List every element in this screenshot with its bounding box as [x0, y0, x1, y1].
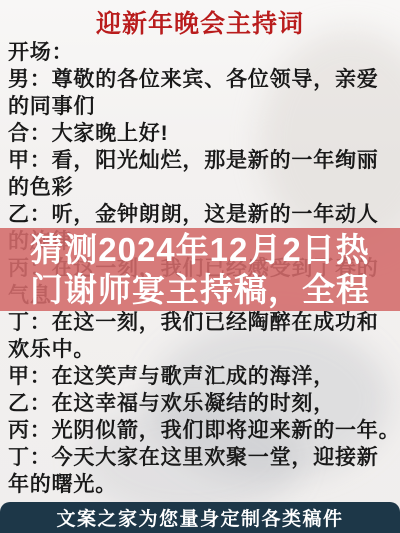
script-line: 甲：在这笑声与歌声汇成的海洋，	[8, 363, 392, 390]
script-line: 丁：在这一刻，我们已经陶醉在成功和	[8, 309, 392, 336]
watermark-overlay-band: 猜测2024年12月2日热 门谢师宴主持稿，全程	[0, 228, 400, 311]
script-line: 的色彩	[8, 174, 392, 201]
script-line: 的同事们	[8, 93, 392, 120]
script-line: 丙：光阴似箭，我们即将迎来新的一年。	[8, 417, 392, 444]
script-line: 男：尊敬的各位来宾、各位领导，亲爱	[8, 66, 392, 93]
script-line: 乙：听，金钟朗朗，这是新的一年动人	[8, 201, 392, 228]
script-line: 合：大家晚上好!	[8, 120, 392, 147]
script-line: 年的曙光。	[8, 471, 392, 498]
screenshot-root: 迎新年晚会主持词 开场： 男：尊敬的各位来宾、各位领导，亲爱 的同事们 合：大家…	[0, 0, 400, 533]
overlay-title-line: 猜测2024年12月2日热	[30, 230, 369, 270]
document-title: 迎新年晚会主持词	[8, 9, 392, 39]
footer-banner: 文案之家为您量身定制各类稿件	[0, 502, 400, 533]
script-line: 丁：今天大家在这里欢聚一堂，迎接新	[8, 444, 392, 471]
script-line: 甲：看，阳光灿烂，那是新的一年绚丽	[8, 147, 392, 174]
overlay-title-line: 门谢师宴主持稿，全程	[30, 270, 370, 310]
footer-banner-label: 文案之家为您量身定制各类稿件	[56, 504, 343, 531]
script-line: 乙：在这幸福与欢乐凝结的时刻，	[8, 390, 392, 417]
script-line: 欢乐中。	[8, 336, 392, 363]
script-line-opening: 开场：	[8, 39, 392, 66]
